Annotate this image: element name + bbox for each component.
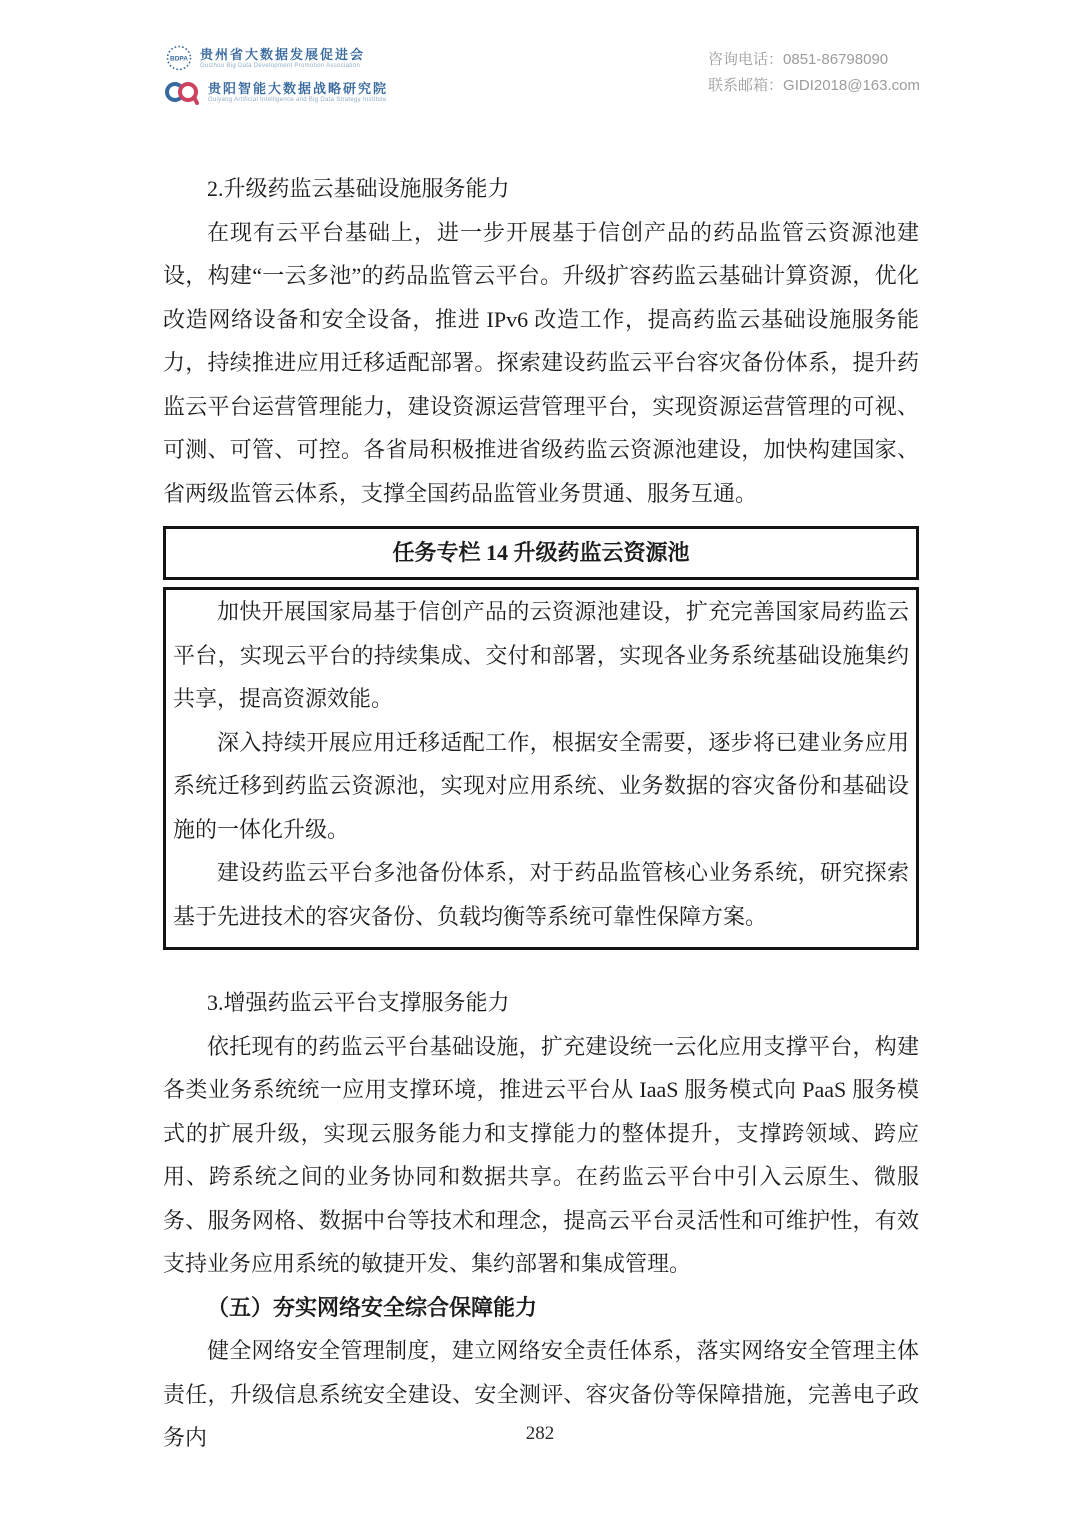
document-body: 2.升级药监云基础设施服务能力 在现有云平台基础上，进一步开展基于信创产品的药品… [163,167,919,1460]
task-box-paragraph: 深入持续开展应用迁移适配工作，根据安全需要，逐步将已建业务应用系统迁移到药监云资… [173,721,909,852]
org1-name-block: 贵州省大数据发展促进会 Guizhou Big Data Development… [200,47,365,70]
task-box-title: 任务专栏 14 升级药监云资源池 [163,526,919,580]
contact-email-label: 联系邮箱： [708,77,783,94]
document-page: BDPA 贵州省大数据发展促进会 Guizhou Big Data Develo… [0,0,1080,1527]
contact-phone-value: 0851-86798090 [783,51,888,68]
org2-name: 贵阳智能大数据战略研究院 [208,81,388,96]
logo-block: BDPA 贵州省大数据发展促进会 Guizhou Big Data Develo… [165,44,388,105]
page-header: BDPA 贵州省大数据发展促进会 Guizhou Big Data Develo… [165,44,920,105]
contact-phone-label: 咨询电话： [708,51,783,68]
section5-heading: （五）夯实网络安全综合保障能力 [163,1286,919,1330]
contact-email-value: GIDI2018@163.com [783,77,920,94]
contact-phone-line: 咨询电话：0851-86798090 [708,47,920,73]
task-box-paragraph: 建设药监云平台多池备份体系，对于药品监管核心业务系统，研究探索基于先进技术的容灾… [173,851,909,938]
section3-heading: 3.增强药监云平台支撑服务能力 [163,981,919,1025]
section3-paragraph: 依托现有的药监云平台基础设施，扩充建设统一云化应用支撑平台，构建各类业务系统统一… [163,1025,919,1286]
org1-name-en: Guizhou Big Data Development Promotion A… [200,62,365,70]
org1-logo-row: BDPA 贵州省大数据发展促进会 Guizhou Big Data Develo… [165,44,388,72]
contact-email-line: 联系邮箱：GIDI2018@163.com [708,73,920,99]
contact-info: 咨询电话：0851-86798090 联系邮箱：GIDI2018@163.com [708,44,920,99]
task-box-body: 加快开展国家局基于信创产品的云资源池建设，扩充完善国家局药监云平台，实现云平台的… [163,587,919,950]
org2-logo-row: 贵阳智能大数据战略研究院 Guiyang Artificial Intellig… [165,79,388,105]
org1-name: 贵州省大数据发展促进会 [200,47,365,62]
section2-paragraph: 在现有云平台基础上，进一步开展基于信创产品的药品监管云资源池建设，构建“一云多池… [163,211,919,516]
page-number: 282 [0,1423,1080,1445]
task-box-paragraph: 加快开展国家局基于信创产品的云资源池建设，扩充完善国家局药监云平台，实现云平台的… [173,590,909,721]
gidi-rings-icon [165,79,201,105]
section2-heading: 2.升级药监云基础设施服务能力 [163,167,919,211]
svg-text:BDPA: BDPA [170,56,188,63]
org2-name-en: Guiyang Artificial Intelligence and Big … [208,96,388,104]
spacer [163,950,919,981]
bdpa-badge-icon: BDPA [165,44,193,72]
org2-name-block: 贵阳智能大数据战略研究院 Guiyang Artificial Intellig… [208,81,388,104]
